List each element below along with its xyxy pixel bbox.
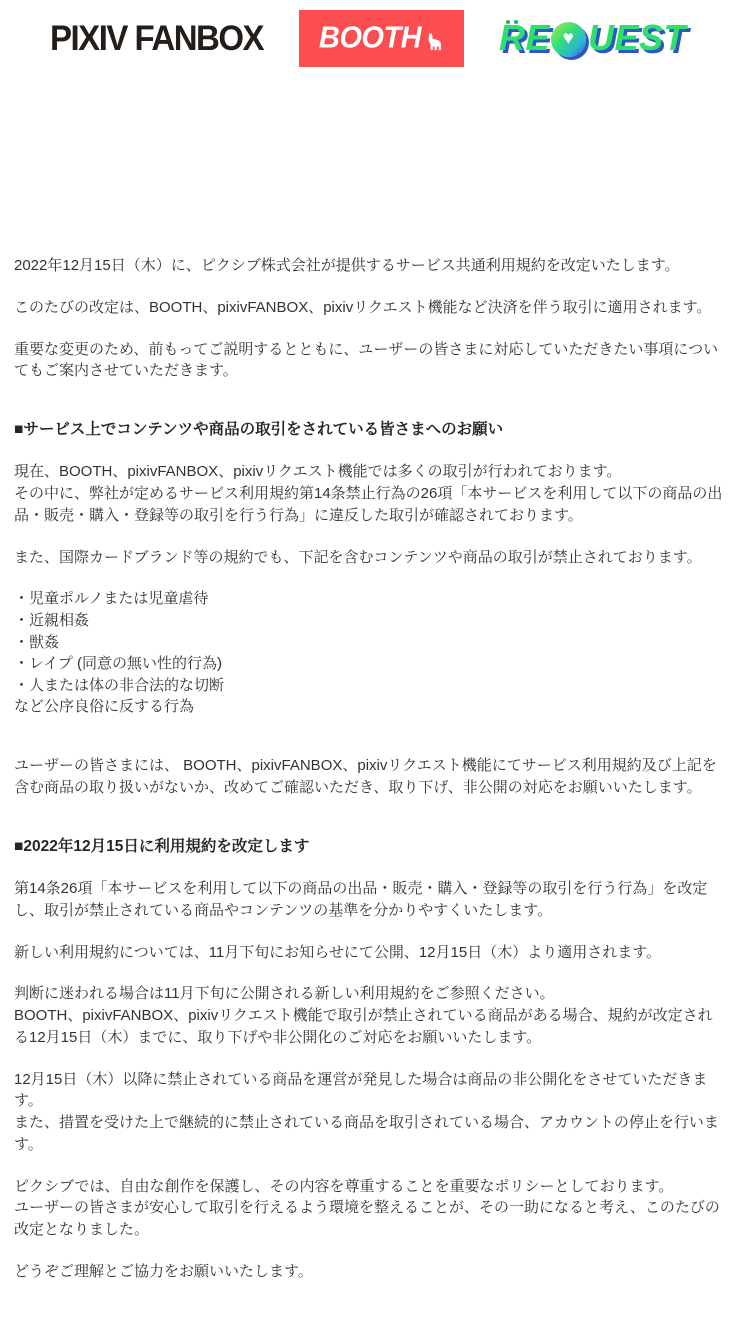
paragraph: 重要な変更のため、前もってご説明するとともに、ユーザーの皆さまに対応していただき… (14, 339, 724, 383)
top-spacer (0, 67, 738, 235)
request-face-dots-icon (506, 20, 510, 24)
paragraph-line: 第14条26項「本サービスを利用して以下の商品の出品・販売・購入・登録等の取引を… (14, 878, 724, 922)
announcement-page: PIXIV FANBOX BOOTH RE ♥ UEST 2022年12月15日… (0, 0, 738, 1343)
paragraph-line: 2022年12月15日（木）に、ピクシブ株式会社が提供するサービス共通利用規約を… (14, 255, 724, 277)
paragraph-line: ユーザーの皆さまには、 BOOTH、pixivFANBOX、pixivリクエスト… (14, 755, 724, 799)
section-heading-terms-revision: ■2022年12月15日に利用規約を改定します (14, 836, 724, 858)
list-item: ・近親相姦 (14, 610, 724, 632)
announcement-body: 2022年12月15日（木）に、ピクシブ株式会社が提供するサービス共通利用規約を… (0, 255, 738, 1343)
booth-logo[interactable]: BOOTH (299, 10, 464, 67)
paragraph-line: 現在、BOOTH、pixivFANBOX、pixivリクエスト機能では多くの取引… (14, 461, 724, 483)
paragraph-line: また、措置を受けた上で継続的に禁止されている商品を取引されている場合、アカウント… (14, 1112, 724, 1156)
prohibited-content-list: ・児童ポルノまたは児童虐待 ・近親相姦 ・獣姦 ・レイプ (同意の無い性的行為)… (14, 588, 724, 718)
paragraph: ユーザーの皆さまには、 BOOTH、pixivFANBOX、pixivリクエスト… (14, 755, 724, 799)
paragraph: このたびの改定は、BOOTH、pixivFANBOX、pixivリクエスト機能な… (14, 297, 724, 319)
paragraph-line: BOOTH、pixivFANBOX、pixivリクエスト機能で取引が禁止されてい… (14, 1005, 724, 1049)
paragraph-line: ピクシブでは、自由な創作を保護し、その内容を尊重することを重要なポリシーとしてお… (14, 1176, 724, 1198)
paragraph-line: 新しい利用規約については、11月下旬にお知らせにて公開、12月15日（木）より適… (14, 942, 724, 964)
paragraph-line: その中に、弊社が定めるサービス利用規約第14条禁止行為の26項「本サービスを利用… (14, 483, 724, 527)
paragraph: 第14条26項「本サービスを利用して以下の商品の出品・販売・購入・登録等の取引を… (14, 878, 724, 922)
llama-icon (424, 31, 443, 52)
logo-header: PIXIV FANBOX BOOTH RE ♥ UEST (0, 0, 738, 67)
paragraph: 新しい利用規約については、11月下旬にお知らせにて公開、12月15日（木）より適… (14, 942, 724, 964)
request-logo-text-post: UEST (588, 17, 686, 59)
request-q-heart-icon: ♥ (551, 22, 586, 57)
closing-paragraph: どうぞご理解とご協力をお願いいたします。 (14, 1261, 724, 1283)
list-item: ・レイプ (同意の無い性的行為) (14, 653, 724, 675)
paragraph: 判断に迷われる場合は11月下旬に公開される新しい利用規約をご参照ください。 BO… (14, 983, 724, 1048)
paragraph: 2022年12月15日（木）に、ピクシブ株式会社が提供するサービス共通利用規約を… (14, 255, 724, 277)
paragraph-line: ユーザーの皆さまが安心して取引を行えるよう環境を整えることが、その一助になると考… (14, 1197, 724, 1241)
paragraph: ピクシブでは、自由な創作を保護し、その内容を尊重することを重要なポリシーとしてお… (14, 1176, 724, 1241)
paragraph-line: このたびの改定は、BOOTH、pixivFANBOX、pixivリクエスト機能な… (14, 297, 724, 319)
list-item: ・人または体の非合法的な切断 (14, 675, 724, 697)
list-item: など公序良俗に反する行為 (14, 696, 724, 718)
list-item: ・獣姦 (14, 632, 724, 654)
section-heading-request-to-users: ■サービス上でコンテンツや商品の取引をされている皆さまへのお願い (14, 419, 724, 441)
pixiv-fanbox-logo[interactable]: PIXIV FANBOX (50, 17, 263, 58)
paragraph-line: 判断に迷われる場合は11月下旬に公開される新しい利用規約をご参照ください。 (14, 983, 724, 1005)
list-item: ・児童ポルノまたは児童虐待 (14, 588, 724, 610)
paragraph: また、国際カードブランド等の規約でも、下記を含むコンテンツや商品の取引が禁止され… (14, 547, 724, 569)
paragraph-line: 12月15日（木）以降に禁止されている商品を運営が発見した場合は商品の非公開化を… (14, 1069, 724, 1113)
pixiv-request-logo[interactable]: RE ♥ UEST (499, 17, 686, 59)
booth-logo-text: BOOTH (319, 21, 421, 56)
paragraph: 12月15日（木）以降に禁止されている商品を運営が発見した場合は商品の非公開化を… (14, 1069, 724, 1156)
paragraph-line: どうぞご理解とご協力をお願いいたします。 (14, 1261, 724, 1283)
paragraph: 現在、BOOTH、pixivFANBOX、pixivリクエスト機能では多くの取引… (14, 461, 724, 526)
paragraph-line: また、国際カードブランド等の規約でも、下記を含むコンテンツや商品の取引が禁止され… (14, 547, 724, 569)
paragraph-line: 重要な変更のため、前もってご説明するとともに、ユーザーの皆さまに対応していただき… (14, 339, 724, 383)
